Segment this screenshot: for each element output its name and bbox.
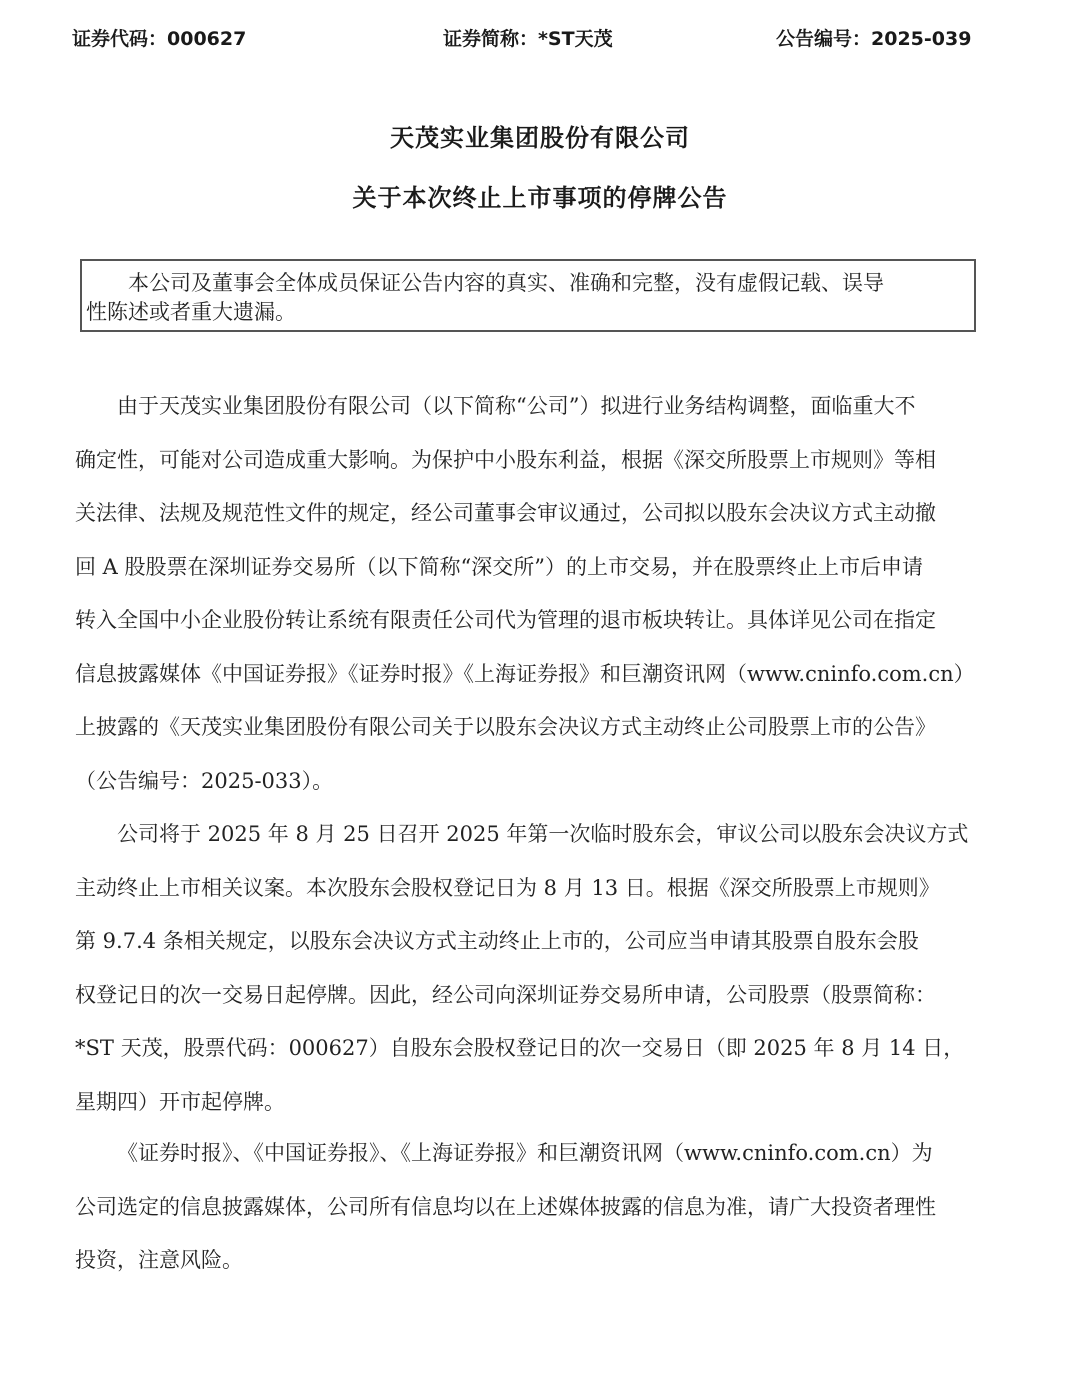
paragraph-line: 转入全国中小企业股份转让系统有限责任公司代为管理的退市板块转让。具体详见公司在指… [75, 594, 1005, 648]
paragraph-line: 回 A 股股票在深圳证券交易所（以下简称“深交所”）的上市交易，并在股票终止上市… [75, 541, 1005, 595]
board-guarantee-notice: 本公司及董事会全体成员保证公告内容的真实、准确和完整，没有虚假记载、误导 性陈述… [80, 259, 976, 332]
paragraph-suspension-details: 公司将于 2025 年 8 月 25 日召开 2025 年第一次临时股东会，审议… [75, 808, 1005, 1129]
announcement-title: 关于本次终止上市事项的停牌公告 [0, 178, 1080, 213]
paragraph-line: 主动终止上市相关议案。本次股东会股权登记日为 8 月 13 日。根据《深交所股票… [75, 862, 1005, 916]
paragraph-line: 《证券时报》、《中国证券报》、《上海证券报》和巨潮资讯网（www.cninfo.… [75, 1127, 1005, 1181]
paragraph-line: 公司将于 2025 年 8 月 25 日召开 2025 年第一次临时股东会，审议… [75, 808, 1005, 862]
notice-line: 性陈述或者重大遗漏。 [86, 298, 962, 327]
paragraph-line: 投资，注意风险。 [75, 1234, 1005, 1288]
paragraph-line: 上披露的《天茂实业集团股份有限公司关于以股东会决议方式主动终止公司股票上市的公告… [75, 701, 1005, 755]
notice-line: 本公司及董事会全体成员保证公告内容的真实、准确和完整，没有虚假记载、误导 [86, 269, 962, 298]
paragraph-line: 由于天茂实业集团股份有限公司（以下简称“公司”）拟进行业务结构调整，面临重大不 [75, 380, 1005, 434]
paragraph-line: 权登记日的次一交易日起停牌。因此，经公司向深圳证券交易所申请，公司股票（股票简称… [75, 969, 1005, 1023]
paragraph-line: *ST 天茂，股票代码：000627）自股东会股权登记日的次一交易日（即 202… [75, 1022, 1005, 1076]
paragraph-line: 信息披露媒体《中国证券报》《证券时报》《上海证券报》和巨潮资讯网（www.cni… [75, 648, 1005, 702]
paragraph-line: 公司选定的信息披露媒体，公司所有信息均以在上述媒体披露的信息为准，请广大投资者理… [75, 1181, 1005, 1235]
paragraph-line: 关法律、法规及规范性文件的规定，经公司董事会审议通过，公司拟以股东会决议方式主动… [75, 487, 1005, 541]
announcement-number: 公告编号：2025-039 [776, 24, 971, 51]
document-header: 证券代码：000627 证券简称：*ST天茂 公告编号：2025-039 [0, 24, 1080, 54]
paragraph-background: 由于天茂实业集团股份有限公司（以下简称“公司”）拟进行业务结构调整，面临重大不 … [75, 380, 1005, 808]
paragraph-line: 第 9.7.4 条相关规定，以股东会决议方式主动终止上市的，公司应当申请其股票自… [75, 915, 1005, 969]
security-short-name: 证券简称：*ST天茂 [443, 24, 613, 51]
paragraph-line: 星期四）开市起停牌。 [75, 1076, 1005, 1130]
paragraph-disclosure-media: 《证券时报》、《中国证券报》、《上海证券报》和巨潮资讯网（www.cninfo.… [75, 1127, 1005, 1288]
paragraph-line: 确定性，可能对公司造成重大影响。为保护中小股东利益，根据《深交所股票上市规则》等… [75, 434, 1005, 488]
paragraph-line: （公告编号：2025-033）。 [75, 755, 1005, 809]
company-title: 天茂实业集团股份有限公司 [0, 118, 1080, 153]
security-code: 证券代码：000627 [72, 24, 246, 51]
